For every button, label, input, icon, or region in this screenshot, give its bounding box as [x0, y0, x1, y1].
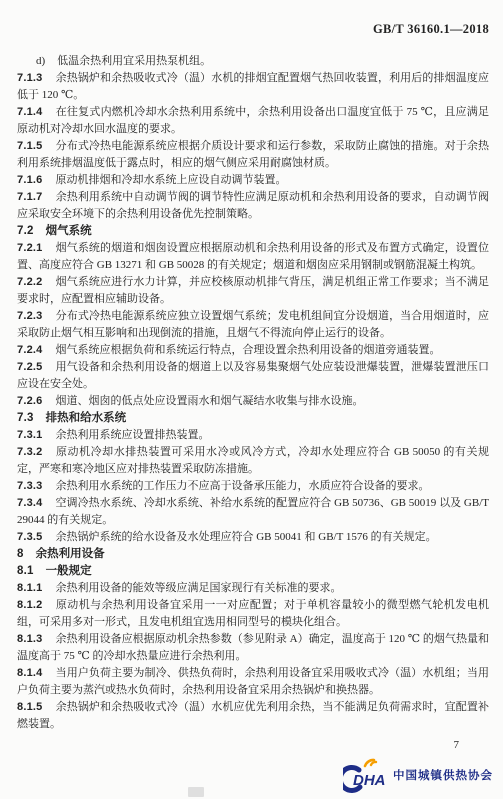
clause-7-1-7: 7.1.7余热利用系统中自动调节阀的调节特性应满足原动机和余热利用设备的要求，自…	[17, 189, 489, 223]
clause-number: 7.2.2	[17, 276, 42, 288]
clause-7-2-5: 7.2.5用气设备和余热利用设备的烟道上以及容易集聚烟气处应装设泄爆装置，泄爆装…	[17, 359, 489, 393]
scan-artifact	[188, 787, 204, 797]
clause-7-2-2: 7.2.2烟气系统应进行水力计算，并应校核原动机排气背压，满足机组正常工作要求；…	[17, 274, 489, 308]
clause-text: 当用户负荷主要为制冷、供热负荷时，余热利用设备宜采用吸收式冷（温）水机组；当用户…	[17, 667, 489, 696]
list-item-text: 低温余热利用宜采用热泵机组。	[57, 55, 211, 67]
clause-text: 分布式冷热电能源系统应根据介质设计要求和运行参数，采取防止腐蚀的措施。对于余热利…	[17, 140, 489, 169]
clause-text: 原动机冷却水排热装置可采用水冷或风冷方式，冷却水处理应符合 GB 50050 的…	[17, 446, 489, 475]
clause-7-3-4: 7.3.4空调冷热水系统、冷却水系统、补给水系统的配置应符合 GB 50736、…	[17, 495, 489, 529]
clause-number: 7.3.2	[17, 446, 42, 458]
clause-number: 7.1.4	[17, 106, 42, 118]
clause-text: 余热锅炉系统的给水设备及水处理应符合 GB 50041 和 GB/T 1576 …	[55, 531, 436, 543]
clause-text: 烟道、烟囱的低点处应设置雨水和烟气凝结水收集与排水设施。	[55, 395, 363, 407]
clause-number: 7.1.5	[17, 140, 42, 152]
clause-8-1-2: 8.1.2原动机与余热利用设备宜采用一一对应配置；对于单机容量较小的微型燃气轮机…	[17, 597, 489, 631]
clause-7-3-2: 7.3.2原动机冷却水排热装置可采用水冷或风冷方式，冷却水处理应符合 GB 50…	[17, 444, 489, 478]
clause-number: 8.1.3	[17, 633, 42, 645]
clause-7-3-1: 7.3.1余热利用系统应设置排热装置。	[17, 427, 489, 444]
clause-7-1-6: 7.1.6原动机排烟和冷却水系统上应设自动调节装置。	[17, 172, 489, 189]
clause-text: 烟气系统应根据负荷和系统运行特点，合理设置余热利用设备的烟道旁通装置。	[55, 344, 440, 356]
section-number: 7.3	[17, 412, 34, 424]
clause-text: 用气设备和余热利用设备的烟道上以及容易集聚烟气处应装设泄爆装置，泄爆装置泄压口应…	[17, 361, 489, 390]
section-heading-8-1: 8.1一般规定	[17, 563, 489, 580]
clause-text: 余热利用水系统的工作压力不应高于设备承压能力，水质应符合设备的要求。	[55, 480, 429, 492]
clause-text: 余热利用系统中自动调节阀的调节特性应满足原动机和余热利用设备的要求，自动调节阀应…	[17, 191, 489, 220]
clause-7-3-3: 7.3.3余热利用水系统的工作压力不应高于设备承压能力，水质应符合设备的要求。	[17, 478, 489, 495]
clause-number: 7.1.3	[17, 72, 42, 84]
clause-number: 7.2.6	[17, 395, 42, 407]
section-heading-7-3: 7.3排热和给水系统	[17, 410, 489, 427]
clause-number: 7.2.4	[17, 344, 42, 356]
clause-text: 余热利用设备的能效等级应满足国家现行有关标准的要求。	[55, 582, 341, 594]
clause-text: 分布式冷热电能源系统应独立设置烟气系统；发电机组间宜分设烟道，当合用烟道时，应采…	[17, 310, 489, 339]
clause-number: 8.1.1	[17, 582, 42, 594]
clause-text: 余热锅炉和余热吸收式冷（温）水机应优先利用余热，当不能满足负荷需求时，宜配置补燃…	[17, 701, 489, 730]
clause-text: 烟气系统应进行水力计算，并应校核原动机排气背压，满足机组正常工作要求；当不满足要…	[17, 276, 489, 305]
clause-text: 余热锅炉和余热吸收式冷（温）水机的排烟宜配置烟气热回收装置，利用后的排烟温度应低…	[17, 72, 489, 101]
clause-8-1-5: 8.1.5余热锅炉和余热吸收式冷（温）水机应优先利用余热，当不能满足负荷需求时，…	[17, 699, 489, 733]
clause-7-1-5: 7.1.5分布式冷热电能源系统应根据介质设计要求和运行参数，采取防止腐蚀的措施。…	[17, 138, 489, 172]
clause-text: 烟气系统的烟道和烟囱设置应根据原动机和余热利用设备的形式及布置方式确定，设置位置…	[17, 242, 489, 271]
clause-number: 7.2.5	[17, 361, 42, 373]
clause-number: 7.1.7	[17, 191, 42, 203]
clause-number: 7.3.4	[17, 497, 42, 509]
clause-text: 在往复式内燃机冷却水余热利用系统中，余热利用设备出口温度宜低于 75 ℃，且应满…	[17, 106, 489, 135]
section-title: 烟气系统	[46, 225, 92, 237]
clause-7-2-3: 7.2.3分布式冷热电能源系统应独立设置烟气系统；发电机组间宜分设烟道，当合用烟…	[17, 308, 489, 342]
section-heading-7-2: 7.2烟气系统	[17, 223, 489, 240]
clause-text: 原动机与余热利用设备宜采用一一对应配置；对于单机容量较小的微型燃气轮机发电机组，…	[17, 599, 489, 628]
clause-8-1-1: 8.1.1余热利用设备的能效等级应满足国家现行有关标准的要求。	[17, 580, 489, 597]
clause-7-1-3: 7.1.3余热锅炉和余热吸收式冷（温）水机的排烟宜配置烟气热回收装置，利用后的排…	[17, 70, 489, 104]
svg-text:DHA: DHA	[353, 772, 386, 789]
section-number: 8.1	[17, 565, 34, 577]
clause-number: 8.1.5	[17, 701, 42, 713]
section-title: 一般规定	[46, 565, 92, 577]
clause-text: 余热利用设备应根据原动机余热参数（参见附录 A）确定，温度高于 120 ℃ 的烟…	[17, 633, 489, 662]
document-body: d)低温余热利用宜采用热泵机组。 7.1.3余热锅炉和余热吸收式冷（温）水机的排…	[17, 53, 489, 733]
dha-logo-icon: DHA	[343, 756, 389, 794]
list-item-label: d)	[36, 55, 45, 67]
clause-number: 7.1.6	[17, 174, 42, 186]
clause-number: 7.3.5	[17, 531, 42, 543]
chapter-number: 8	[17, 548, 24, 560]
association-logo: DHA 中国城镇供热协会	[343, 756, 493, 794]
clause-8-1-3: 8.1.3余热利用设备应根据原动机余热参数（参见附录 A）确定，温度高于 120…	[17, 631, 489, 665]
document-page: GB/T 36160.1—2018 d)低温余热利用宜采用热泵机组。 7.1.3…	[0, 0, 503, 799]
section-number: 7.2	[17, 225, 34, 237]
list-item-d: d)低温余热利用宜采用热泵机组。	[17, 53, 489, 70]
clause-text: 余热利用系统应设置排热装置。	[55, 429, 209, 441]
clause-number: 8.1.4	[17, 667, 42, 679]
clause-number: 7.3.1	[17, 429, 42, 441]
clause-7-1-4: 7.1.4在往复式内燃机冷却水余热利用系统中，余热利用设备出口温度宜低于 75 …	[17, 104, 489, 138]
clause-text: 空调冷热水系统、冷却水系统、补给水系统的配置应符合 GB 50736、GB 50…	[17, 497, 489, 526]
clause-7-2-4: 7.2.4烟气系统应根据负荷和系统运行特点，合理设置余热利用设备的烟道旁通装置。	[17, 342, 489, 359]
page-number: 7	[454, 739, 460, 751]
clause-8-1-4: 8.1.4当用户负荷主要为制冷、供热负荷时，余热利用设备宜采用吸收式冷（温）水机…	[17, 665, 489, 699]
clause-number: 7.3.3	[17, 480, 42, 492]
clause-7-3-5: 7.3.5余热锅炉系统的给水设备及水处理应符合 GB 50041 和 GB/T …	[17, 529, 489, 546]
clause-number: 8.1.2	[17, 599, 42, 611]
section-title: 排热和给水系统	[46, 412, 127, 424]
chapter-title: 余热利用设备	[36, 548, 105, 560]
association-name: 中国城镇供热协会	[393, 767, 493, 783]
clause-number: 7.2.3	[17, 310, 42, 322]
clause-7-2-1: 7.2.1烟气系统的烟道和烟囱设置应根据原动机和余热利用设备的形式及布置方式确定…	[17, 240, 489, 274]
chapter-heading-8: 8余热利用设备	[17, 546, 489, 563]
clause-7-2-6: 7.2.6烟道、烟囱的低点处应设置雨水和烟气凝结水收集与排水设施。	[17, 393, 489, 410]
clause-number: 7.2.1	[17, 242, 42, 254]
clause-text: 原动机排烟和冷却水系统上应设自动调节装置。	[55, 174, 286, 186]
standard-number-header: GB/T 36160.1—2018	[17, 22, 489, 37]
